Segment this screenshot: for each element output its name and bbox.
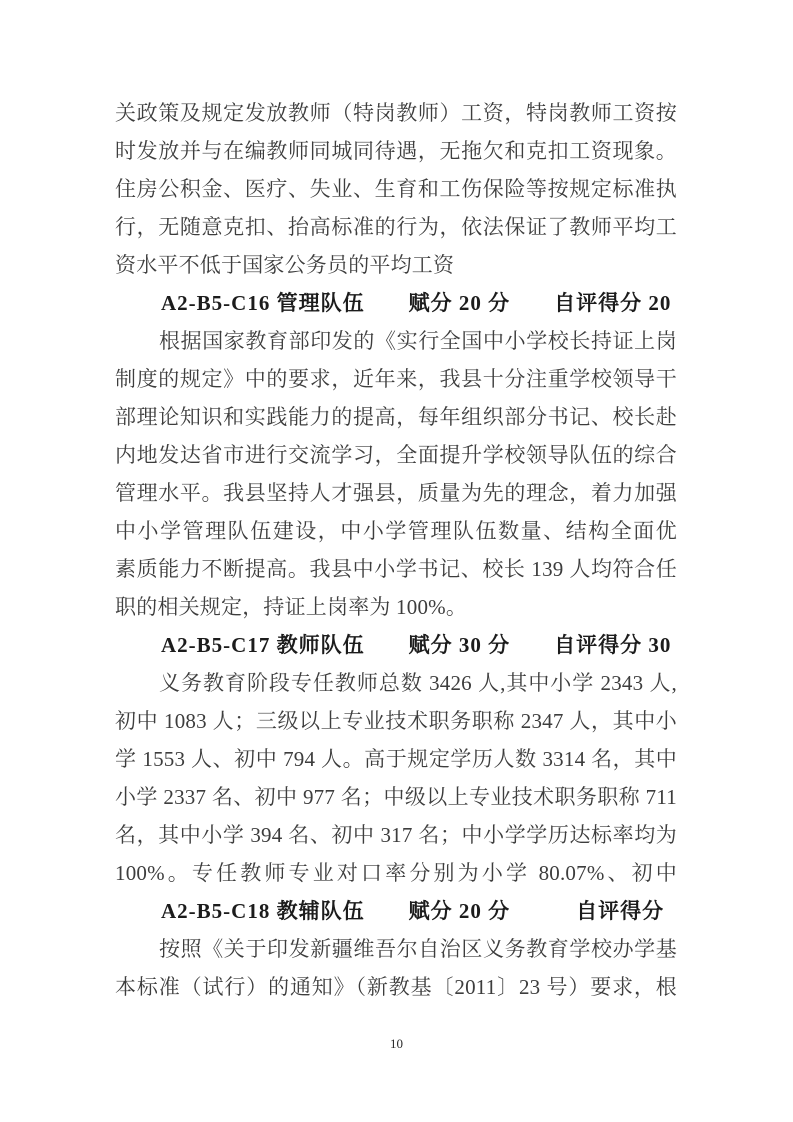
document-page: 关政策及规定发放教师（特岗教师）工资，特岗教师工资按时发放并与在编教师同城同待遇… <box>0 0 793 1122</box>
text-line: 时发放并与在编教师同城同待遇，无拖欠和克扣工资现象。 <box>115 132 677 170</box>
text-line: 管理水平。我县坚持人才强县，质量为先的理念，着力加强 <box>115 474 677 512</box>
text-line: 住房公积金、医疗、失业、生育和工伤保险等按规定标准执 <box>115 170 677 208</box>
text-line: 根据国家教育部印发的《实行全国中小学校长持证上岗 <box>115 322 677 360</box>
section-heading: A2-B5-C16 管理队伍 赋分 20 分 自评得分 20 分 <box>115 284 677 322</box>
text-line: 部理论知识和实践能力的提高，每年组织部分书记、校长赴 <box>115 398 677 436</box>
text-line: 小学 2337 名、初中 977 名；中级以上专业技术职务职称 711 <box>115 778 677 816</box>
text-line: 本标准（试行）的通知》（新教基〔2011〕23 号）要求，根 <box>115 968 677 1006</box>
text-line: 素质能力不断提高。我县中小学书记、校长 139 人均符合任 <box>115 550 677 588</box>
text-line: 制度的规定》中的要求，近年来，我县十分注重学校领导干 <box>115 360 677 398</box>
text-line: 100%。专任教师专业对口率分别为小学 80.07%、初中 82.46%。 <box>115 854 677 892</box>
section-heading: A2-B5-C18 教辅队伍 赋分 20 分 自评得分 20 分 <box>115 892 677 930</box>
text-line: 关政策及规定发放教师（特岗教师）工资，特岗教师工资按 <box>115 94 677 132</box>
text-line: 初中 1083 人；三级以上专业技术职务职称 2347 人，其中小 <box>115 702 677 740</box>
text-line: 内地发达省市进行交流学习，全面提升学校领导队伍的综合 <box>115 436 677 474</box>
document-body-text: 关政策及规定发放教师（特岗教师）工资，特岗教师工资按时发放并与在编教师同城同待遇… <box>115 94 677 1006</box>
text-line: 中小学管理队伍建设，中小学管理队伍数量、结构全面优化， <box>115 512 677 550</box>
section-heading: A2-B5-C17 教师队伍 赋分 30 分 自评得分 30 分 <box>115 626 677 664</box>
text-line: 学 1553 人、初中 794 人。高于规定学历人数 3314 名，其中 <box>115 740 677 778</box>
text-line: 职的相关规定，持证上岗率为 100%。 <box>115 588 677 626</box>
text-line: 行，无随意克扣、抬高标准的行为，依法保证了教师平均工 <box>115 208 677 246</box>
text-line: 义务教育阶段专任教师总数 3426 人,其中小学 2343 人, <box>115 664 677 702</box>
text-line: 名，其中小学 394 名、初中 317 名；中小学学历达标率均为 <box>115 816 677 854</box>
page-number: 10 <box>0 1036 793 1052</box>
text-line: 资水平不低于国家公务员的平均工资 <box>115 246 677 284</box>
text-line: 按照《关于印发新疆维吾尔自治区义务教育学校办学基 <box>115 930 677 968</box>
